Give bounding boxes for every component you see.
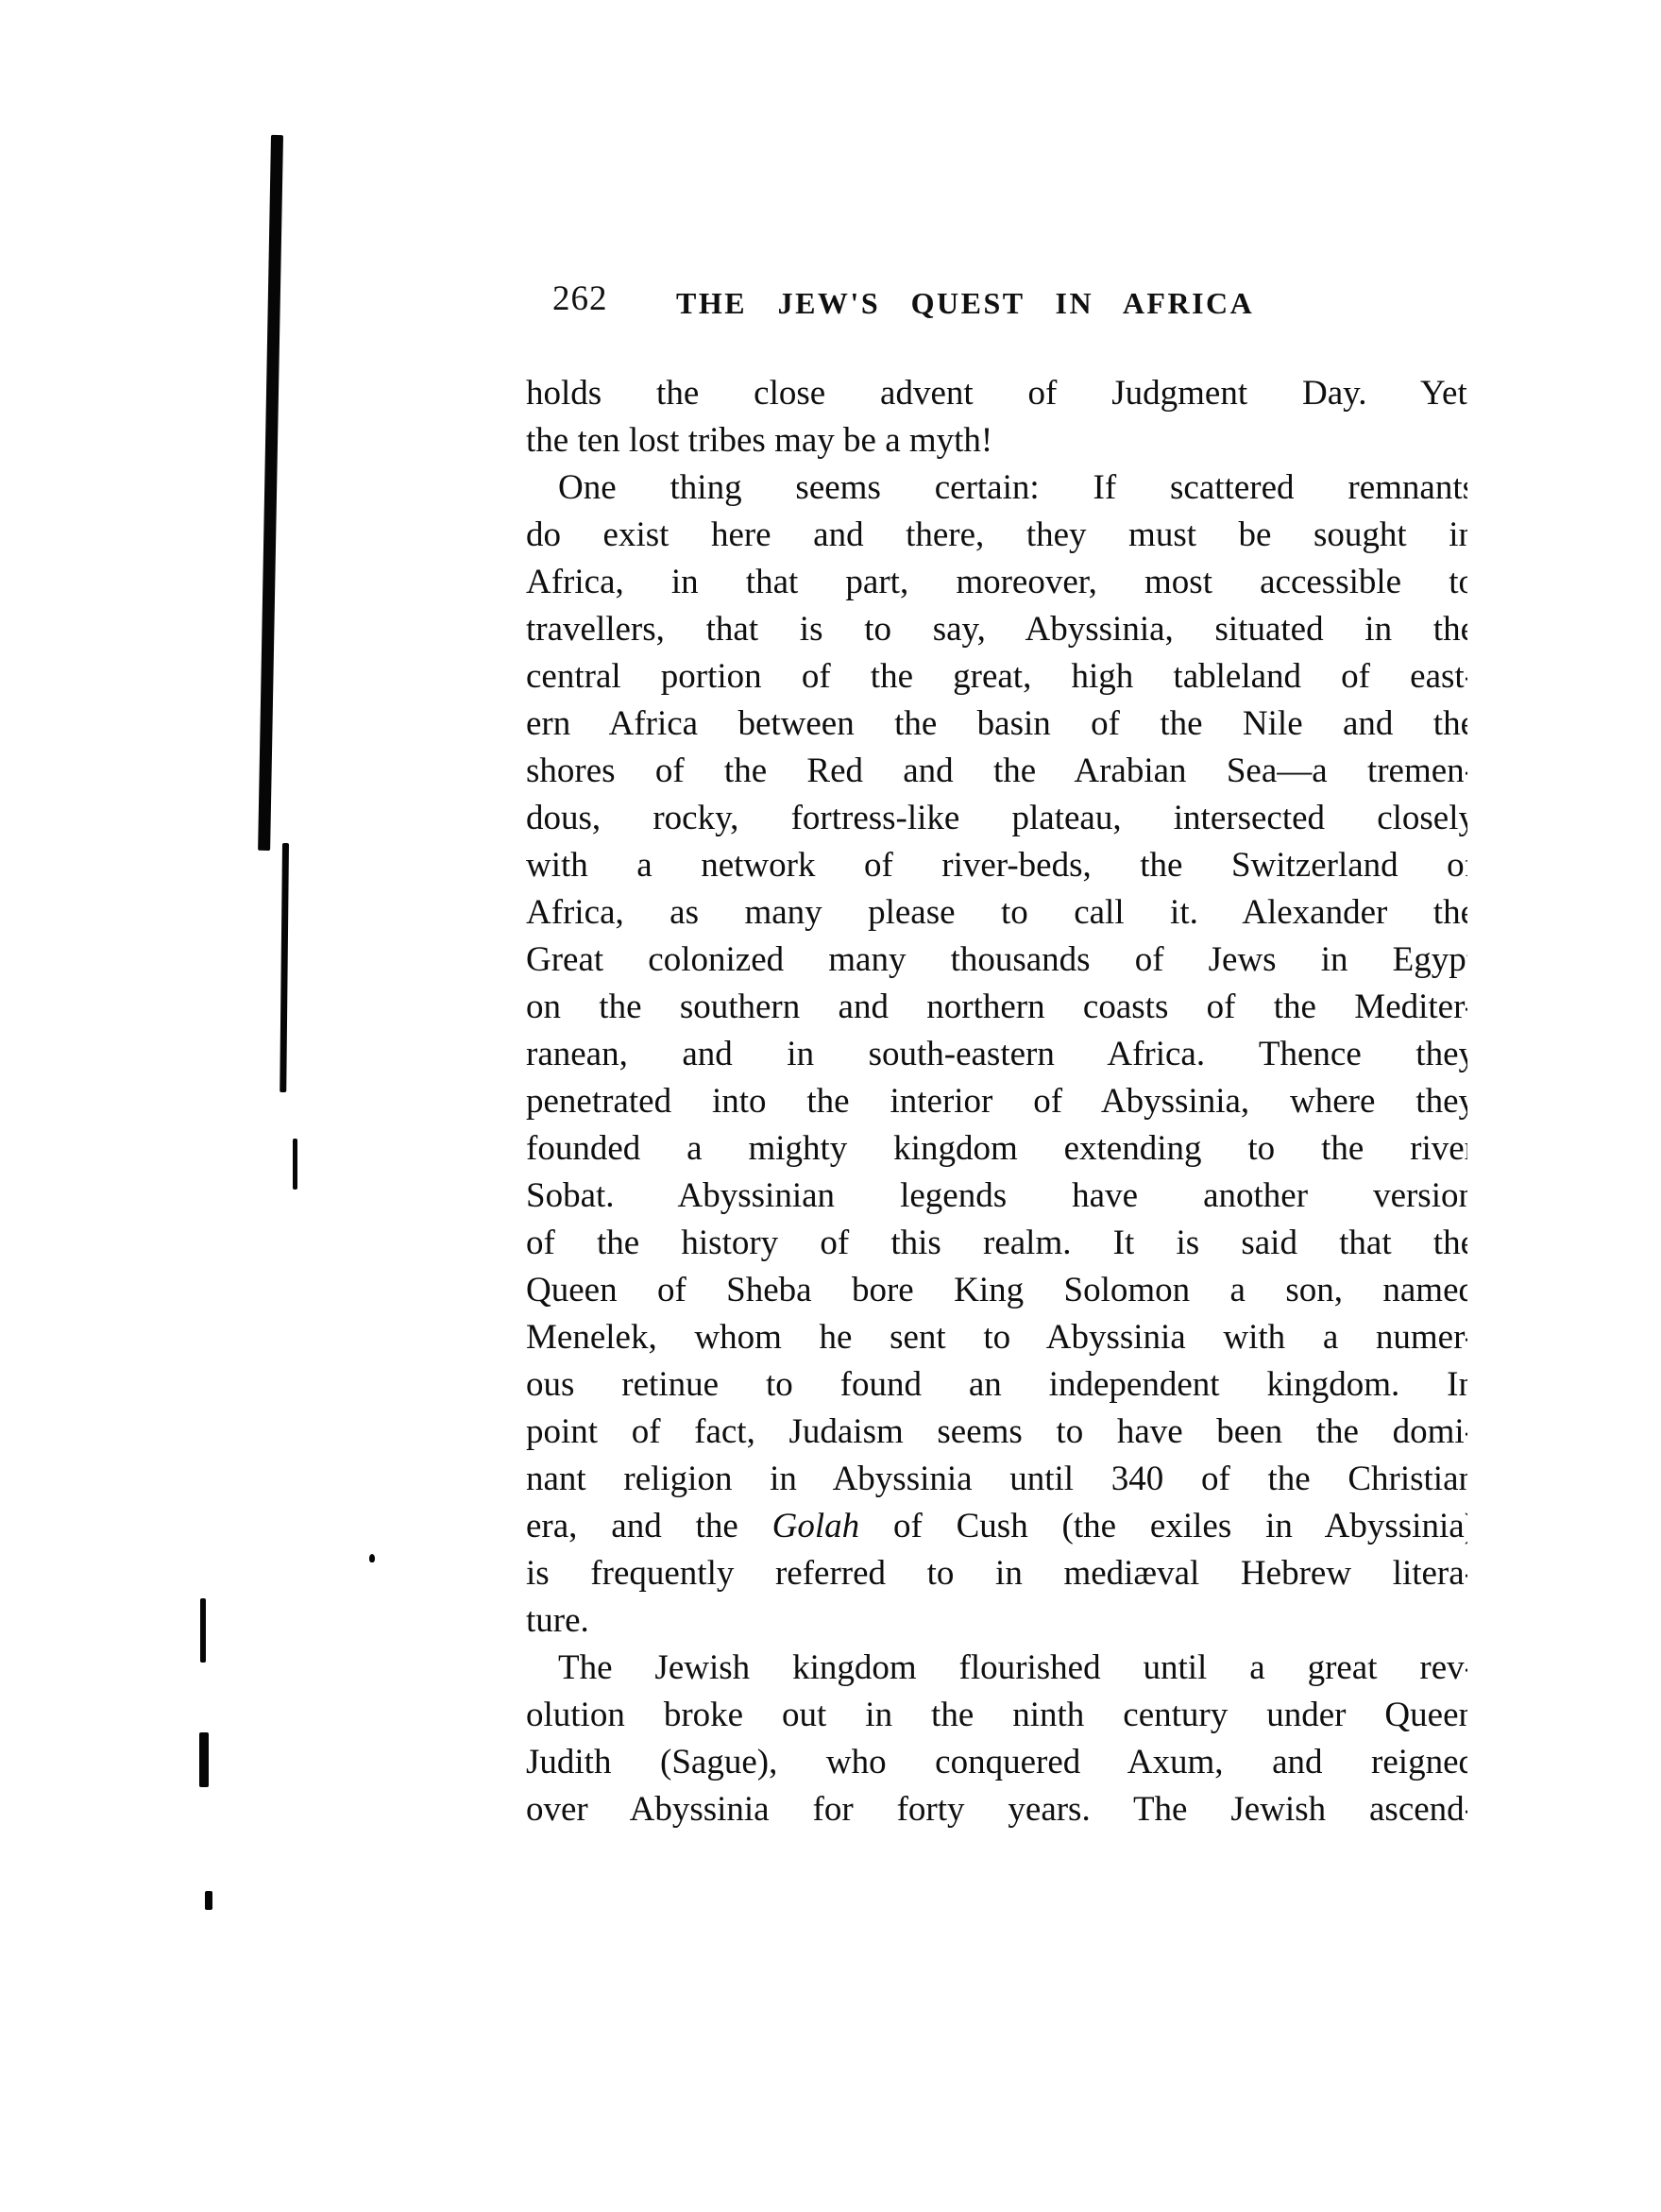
italic-word: Golah	[772, 1507, 860, 1545]
text-line: Queen of Sheba bore King Solomon a son, …	[526, 1267, 1467, 1314]
text-line: Great colonized many thousands of Jews i…	[526, 937, 1467, 984]
page-number: 262	[552, 280, 608, 318]
text-line: on the southern and northern coasts of t…	[526, 984, 1467, 1031]
gutter-ink-bar-top	[258, 135, 283, 851]
text-line: is frequently referred to in mediæval He…	[526, 1550, 1467, 1597]
text-line: the ten lost tribes may be a myth!	[526, 417, 1467, 464]
gutter-ink-tick-upper	[200, 1598, 206, 1663]
gutter-ink-segment	[293, 1139, 297, 1190]
text-line: point of fact, Judaism seems to have bee…	[526, 1409, 1467, 1456]
text-line: founded a mighty kingdom extending to th…	[526, 1125, 1467, 1173]
text-line: central portion of the great, high table…	[526, 653, 1467, 701]
text-line: penetrated into the interior of Abyssini…	[526, 1078, 1467, 1125]
running-head-title: THE JEW'S QUEST IN AFRICA	[676, 286, 1254, 320]
text-line: Judith (Sague), who conquered Axum, and …	[526, 1739, 1467, 1786]
body-text: holds the close advent of Judgment Day. …	[526, 370, 1467, 1843]
gutter-ink-bar-bottom	[280, 843, 289, 1092]
text-line: shores of the Red and the Arabian Sea—a …	[526, 748, 1467, 795]
text-line: Menelek, whom he sent to Abyssinia with …	[526, 1314, 1467, 1361]
text-line: ern Africa between the basin of the Nile…	[526, 701, 1467, 748]
gutter-ink-tick-bottom	[205, 1891, 212, 1910]
ink-speck	[369, 1554, 375, 1562]
text-line: travellers, that is to say, Abyssinia, s…	[526, 606, 1467, 653]
text-line: Sobat. Abyssinian legends have another v…	[526, 1173, 1467, 1220]
text-line: olution broke out in the ninth century u…	[526, 1692, 1467, 1739]
text-line: ture.	[526, 1597, 1467, 1645]
text-line: ous retinue to found an independent king…	[526, 1361, 1467, 1409]
text-line: of the history of this realm. It is said…	[526, 1220, 1467, 1267]
text-line: dous, rocky, fortress-like plateau, inte…	[526, 795, 1467, 842]
text-line: ranean, and in south-eastern Africa. The…	[526, 1031, 1467, 1078]
text-line: nant religion in Abyssinia until 340 of …	[526, 1456, 1467, 1503]
gutter-ink-tick-lower	[199, 1732, 209, 1787]
text-line: The Jewish kingdom flourished until a gr…	[526, 1645, 1467, 1692]
text-line: with a network of river-beds, the Switze…	[526, 842, 1467, 889]
text-line: era, and the Golah of Cush (the exiles i…	[526, 1503, 1467, 1550]
text-line: One thing seems certain: If scattered re…	[526, 464, 1467, 512]
text-line: Africa, as many please to call it. Alexa…	[526, 889, 1467, 937]
text-line: do exist here and there, they must be so…	[526, 512, 1467, 559]
text-line: over Abyssinia for forty years. The Jewi…	[526, 1786, 1467, 1833]
scanned-book-page: 262 THE JEW'S QUEST IN AFRICA holds the …	[0, 0, 1661, 2212]
text-line: Africa, in that part, moreover, most acc…	[526, 559, 1467, 606]
text-line: holds the close advent of Judgment Day. …	[526, 370, 1467, 417]
